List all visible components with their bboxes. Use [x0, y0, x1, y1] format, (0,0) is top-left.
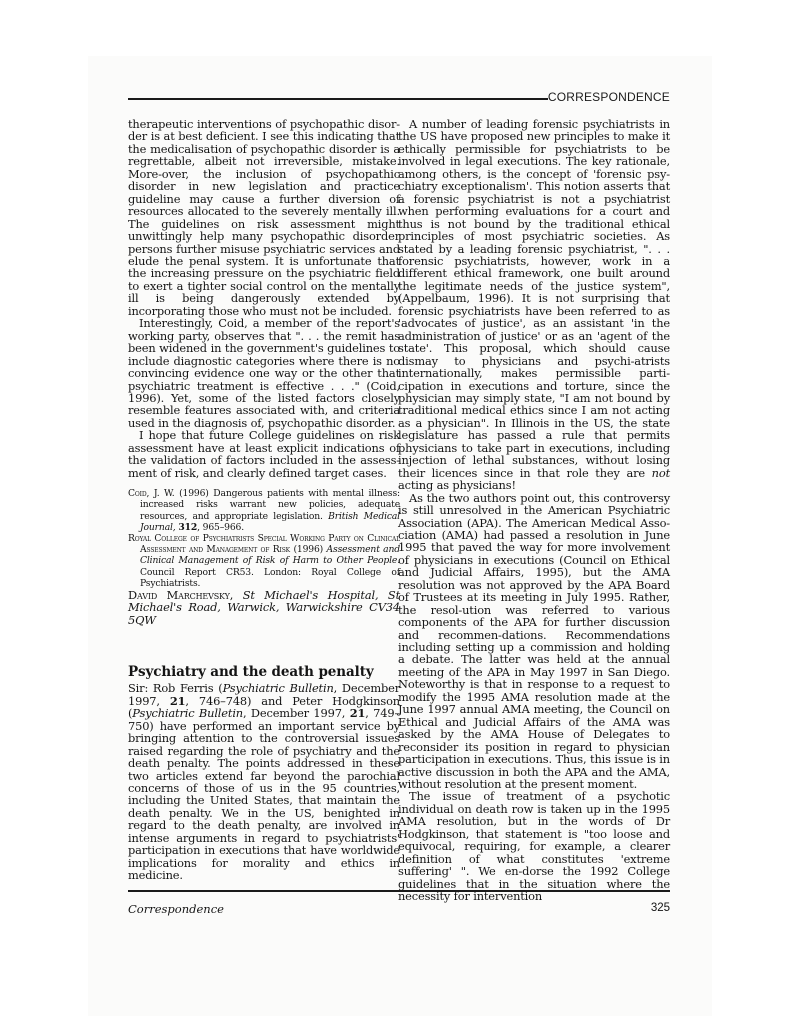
author-signoff: David Marchevsky, St Michael's Hospital,… — [128, 589, 400, 626]
footer-rule — [128, 890, 670, 892]
reference-volume: 312 — [178, 522, 197, 533]
paragraph: A number of leading forensic psychiatris… — [398, 118, 670, 492]
article-title: Psychiatry and the death penalty — [128, 664, 400, 680]
footer-section: Correspondence — [128, 902, 224, 916]
paragraph: Interestingly, Coid, a member of the rep… — [128, 317, 400, 429]
paragraph: therapeutic interventions of psychopathi… — [128, 118, 400, 317]
reference-item: Coid, J. W. (1996) Dangerous patients wi… — [128, 488, 400, 533]
article-opening-paragraph: Sir: Rob Ferris (Psychiatric Bulletin, D… — [128, 682, 400, 881]
running-header: CORRESPONDENCE — [128, 90, 670, 106]
reference-item: Royal College of Psychiatrists Special W… — [128, 533, 400, 589]
paragraph: The issue of treatment of a psychotic in… — [398, 790, 670, 902]
reference-year: (1996) — [179, 488, 209, 499]
paragraph: I hope that future College guidelines on… — [128, 429, 400, 479]
header-rule — [128, 98, 548, 100]
references: Coid, J. W. (1996) Dangerous patients wi… — [128, 488, 400, 589]
reference-year: (1996) — [293, 544, 323, 555]
left-column: therapeutic interventions of psychopathi… — [128, 118, 400, 882]
page-number: 325 — [651, 902, 670, 914]
right-column: A number of leading forensic psychiatris… — [398, 118, 670, 903]
text-span: A number of leading forensic psychiatris… — [398, 117, 670, 480]
reference-pages: , 965–966. — [197, 522, 244, 533]
reference-author: Coid, J. W. — [128, 488, 174, 499]
paragraph: As the two authors point out, this contr… — [398, 492, 670, 791]
header-section-title: CORRESPONDENCE — [548, 90, 670, 104]
text-span: , 749–750) have performed an important s… — [128, 706, 400, 882]
emphasis: not — [652, 466, 670, 480]
